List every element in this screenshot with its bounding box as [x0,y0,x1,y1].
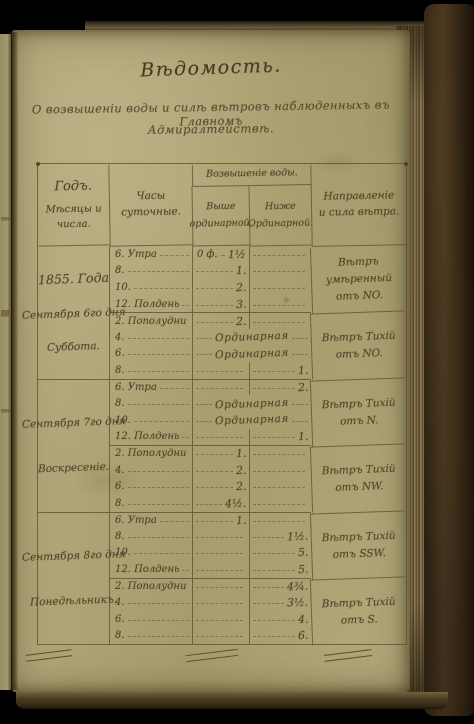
below-value-cell [249,312,311,329]
above-value-cell: 1. [192,263,249,280]
header-below-line2: Ординарной. [248,215,313,232]
below-value-cell: 4¾. [249,578,311,595]
above-value-cell [192,545,249,562]
hour-cell: 12. Полдень [109,561,192,578]
below-value-cell: 4. [249,611,311,628]
below-value-cell [249,263,311,280]
date-cell-sep6: 1855. Года Сентября 6го дня Суббота. [38,246,109,379]
wind-cell: Вѣтръ Тихій отъ S. [310,576,407,646]
date-line: Суббота. [47,340,100,354]
above-value-cell [192,362,249,379]
manuscript-page: Вѣдомость. О возвышеніи воды и силѣ вѣтр… [12,30,410,692]
hour-cell: 8. [109,628,192,645]
header-above-line2: ординарной. [189,215,252,232]
page-title: Вѣдомость. [12,50,411,86]
hour-cell: 8. [109,495,192,512]
date-line: Воскресеніе. [38,461,109,475]
above-value-cell: 4½. [192,495,249,512]
above-value-cell: 2. [192,312,249,329]
below-value-cell [249,445,311,462]
below-value-cell: 2. [249,379,311,396]
hour-cell: 8. [109,528,192,545]
header-below-line1: Ниже [265,199,296,216]
wind-cell: Вѣтръ умѣренный отъ NO. [310,244,407,314]
header-below-ordinary: Ниже Ординарной. [248,185,311,246]
hour-cell: 6. Утра [109,512,192,529]
above-value-cell: 1. [192,445,249,462]
below-value-cell: 3½. [249,594,311,611]
hour-cell: 4. [109,594,192,611]
previous-page-marks [1,150,9,470]
hour-cell: 2. Пополудни [109,445,192,462]
hour-cell: 4. [109,462,192,479]
header-water-rise: Возвышеніе воды. [192,163,311,187]
date-cell-sep7: Сентября 7го дня Воскресеніе. [38,379,109,512]
above-value-cell: 2. [192,478,249,495]
below-value-cell [249,246,311,263]
header-year-month: Годъ. Мѣсяцы и числа. [37,163,109,246]
book-bottom-edge [16,692,448,709]
hour-cell: 6. Утра [109,246,192,263]
below-value-cell: 1½. [249,528,311,545]
below-value-cell [249,495,311,512]
header-hours-label: Часы суточные. [110,188,193,221]
hour-cell: 10. [109,545,192,562]
header-above-line1: Выше [206,199,236,216]
book-cover [424,4,474,716]
above-value-cell: 2. [192,462,249,479]
closing-flourish [324,649,372,662]
below-value-cell: 5. [249,561,311,578]
above-value-cell [192,561,249,578]
header-wind-line2: и сила вѣтра. [319,204,400,221]
below-value-cell: 1. [249,362,311,379]
above-value-cell: 1. [192,512,249,529]
hour-cell: 6. [109,478,192,495]
header-water-label: Возвышеніе воды. [206,166,298,184]
hour-cell: 4. [109,329,192,346]
closing-flourish [26,649,73,662]
hour-cell: 12. Полдень [109,429,192,446]
date-line: 1855. Года [38,270,109,287]
ordinary-level-cell: Ординарная [192,346,311,363]
hour-cell: 12. Полдень [109,296,192,313]
below-value-cell [249,478,311,495]
above-value-cell [192,611,249,628]
hour-cell: 8. [109,395,192,412]
wind-cell: Вѣтръ Тихій отъ NO. [310,311,407,381]
ordinary-level-cell: Ординарная [192,395,311,412]
hour-cell: 8. [109,263,192,280]
above-value-cell: 3. [192,296,249,313]
above-value-cell [192,628,249,645]
hour-cell: 10. [109,279,192,296]
above-value-cell: 2. [192,279,249,296]
above-value-cell [192,594,249,611]
header-above-ordinary: Выше ординарной. [191,186,249,247]
header-month-label: Мѣсяцы и числа. [38,202,110,233]
hour-cell: 6. [109,611,192,628]
date-cell-sep8: Сентября 8го дня Понедѣльникъ. [38,512,109,645]
below-value-cell [249,279,311,296]
above-value-cell [192,379,249,396]
wind-cell: Вѣтръ Тихій отъ N. [310,377,407,447]
water-level-table: Годъ. Мѣсяцы и числа. Часы суточные. Воз… [37,163,407,645]
hour-cell: 2. Пополудни [109,578,192,595]
ordinary-level-cell: Ординарная [192,412,311,429]
hour-cell: 10. [109,412,192,429]
hour-cell: 2. Пополудни [109,312,192,329]
below-value-cell: 1. [249,429,311,446]
above-value-cell: 0 ф.1½ [192,246,249,263]
below-value-cell: 6. [249,628,311,645]
header-year-label: Годъ. [54,176,92,196]
header-hours: Часы суточные. [108,163,192,246]
header-wind: Направленіе и сила вѣтра. [310,163,406,247]
below-value-cell [249,512,311,529]
below-value-cell [249,296,311,313]
hour-cell: 8. [109,362,192,379]
below-value-cell: 5. [249,545,311,562]
wind-cell: Вѣтръ Тихій отъ SSW. [310,510,407,580]
ordinary-level-cell: Ординарная [192,329,311,346]
above-value-cell [192,528,249,545]
hour-cell: 6. [109,346,192,363]
header-wind-line1: Направленіе [323,188,394,205]
hour-cell: 6. Утра [109,379,192,396]
date-line: Понедѣльникъ. [30,593,118,608]
closing-flourish [186,649,238,662]
below-value-cell [249,462,311,479]
wind-cell: Вѣтръ Тихій отъ NW. [310,443,407,513]
manuscript-photo: Вѣдомость. О возвышеніи воды и силѣ вѣтр… [0,0,474,724]
above-value-cell [192,578,249,595]
above-value-cell [192,429,249,446]
